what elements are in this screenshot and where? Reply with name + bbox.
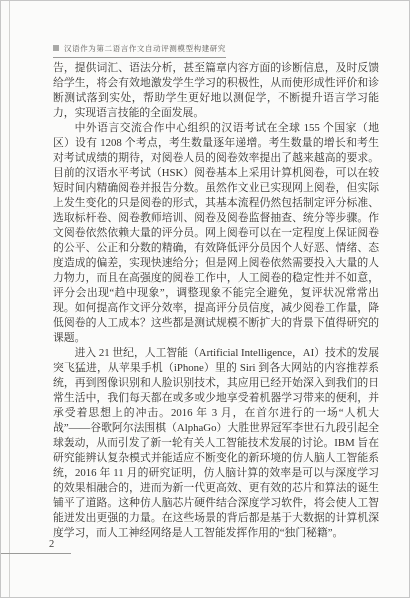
page-edge-line	[9, 1, 10, 597]
scanned-page: 汉语作为第二语言作文自动评测模型构建研究 告，提供词汇、语法分析，甚至篇章内容方…	[0, 0, 410, 598]
running-header-title: 汉语作为第二语言作文自动评测模型构建研究	[64, 43, 226, 54]
page-footer: 2	[1, 539, 409, 559]
running-header: 汉语作为第二语言作文自动评测模型构建研究	[53, 38, 226, 58]
square-bullet-icon	[53, 45, 59, 51]
page-number: 2	[49, 539, 54, 550]
body-text: 告，提供词汇、语法分析，甚至篇章内容方面的诊断信息，及时反馈给学生，将会有效地激…	[53, 61, 379, 541]
paragraph-ai-development: 进入 21 世纪，人工智能（Artificial Intelligence，AI…	[53, 346, 379, 541]
running-header-rule: 汉语作为第二语言作文自动评测模型构建研究	[53, 43, 226, 58]
paragraph-hsk-scoring: 中外语言交流合作中心组织的汉语考试在全球 155 个国家（地区）设有 1208 …	[53, 121, 379, 346]
footer-rule	[1, 553, 71, 554]
paragraph-continuation: 告，提供词汇、语法分析，甚至篇章内容方面的诊断信息，及时反馈给学生，将会有效地激…	[53, 61, 379, 121]
